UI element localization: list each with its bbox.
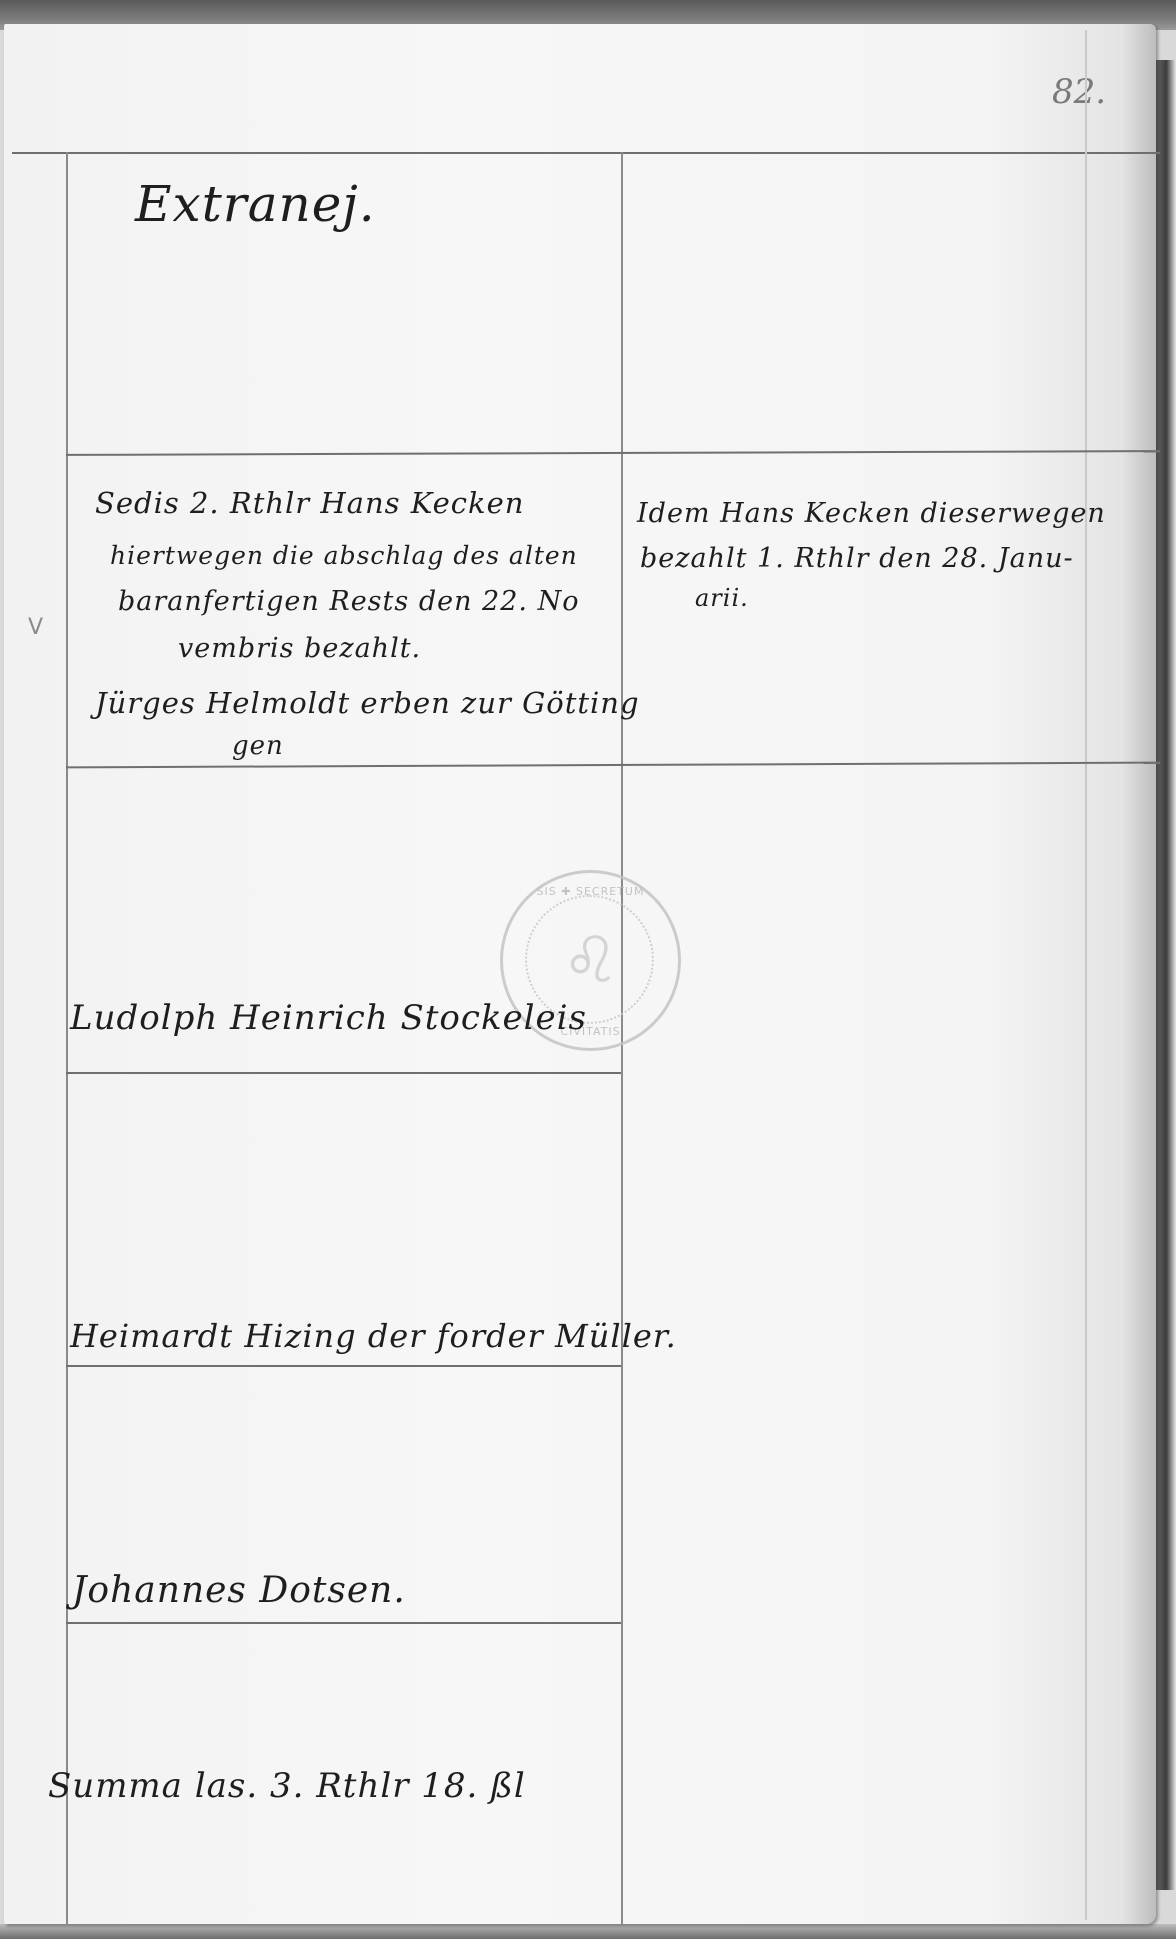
entry-4-left-line-1: Heimardt Hizing der forder Müller.: [70, 1318, 677, 1355]
seal-text-top: SIS ✚ SECRETUM: [503, 885, 678, 898]
entry-2-left-line-1: Jürges Helmoldt erben zur Götting: [95, 685, 640, 722]
entry-1-left-line-2: hiertwegen die abschlag des alten: [110, 537, 578, 574]
book-bottom-edge: [0, 1924, 1176, 1939]
entry-5-left-line-1: Johannes Dotsen.: [72, 1572, 406, 1609]
entry-1-left-line-1: Sedis 2. Rthlr Hans Kecken: [95, 485, 524, 522]
row-rule-4: [66, 1365, 621, 1367]
left-margin-rule: [66, 152, 68, 1924]
page-number: 82.: [1052, 72, 1106, 112]
entry-1-left-line-3: baranfertigen Rests den 22. No: [118, 583, 579, 620]
row-rule-3: [66, 1072, 621, 1074]
entry-1-right-line-3: arii.: [695, 580, 749, 617]
right-margin-rule: [1085, 30, 1087, 1920]
row-rule-5: [66, 1622, 621, 1624]
section-heading: Extranej.: [135, 175, 376, 233]
summa-total: Summa las. 3. Rthlr 18. ßl: [48, 1768, 526, 1805]
entry-1-right-line-2: bezahlt 1. Rthlr den 28. Janu-: [640, 540, 1074, 577]
entry-2-left-line-2: gen: [232, 728, 284, 765]
entry-3-left-line-1: Ludolph Heinrich Stockeleis: [70, 1000, 587, 1037]
entry-1-left-line-4: vembris bezahlt.: [178, 630, 421, 667]
header-rule: [12, 152, 1160, 154]
margin-mark: V: [28, 615, 43, 640]
lion-icon: ♌: [562, 924, 619, 998]
entry-1-right-line-1: Idem Hans Kecken dieserwegen: [637, 495, 1106, 532]
